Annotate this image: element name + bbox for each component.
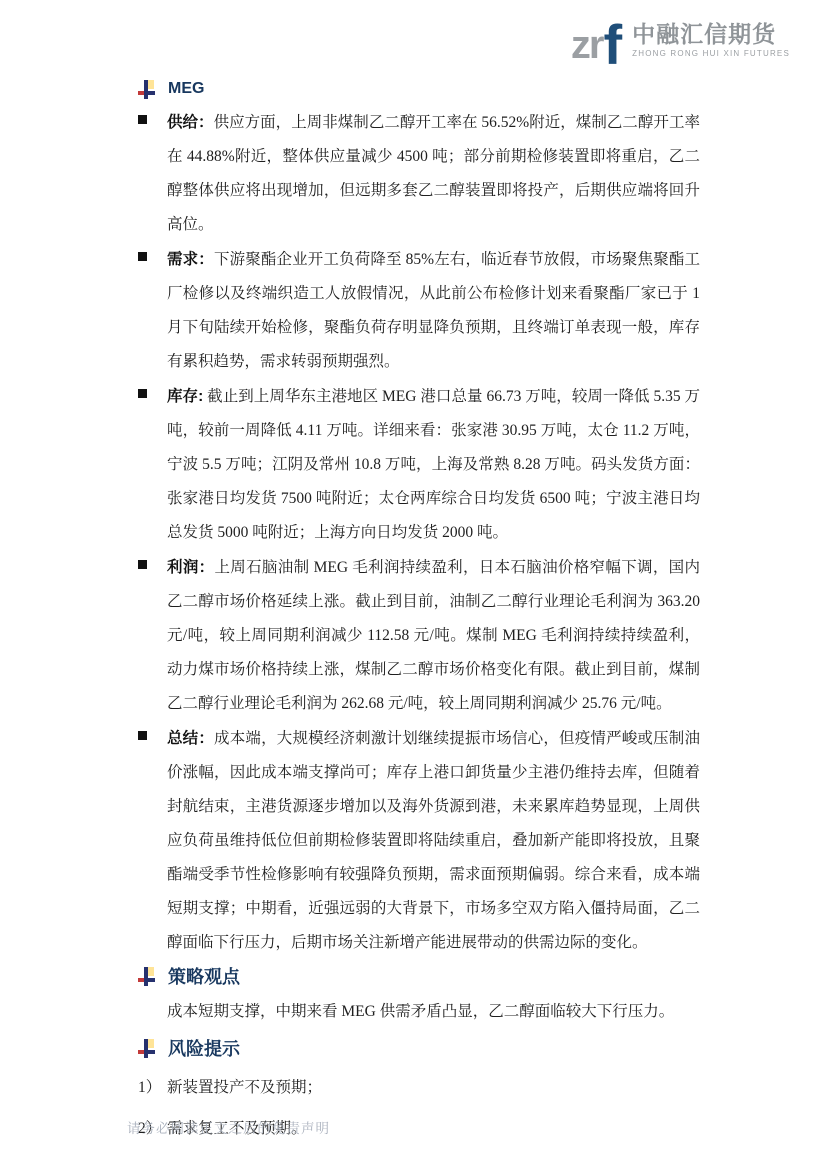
- bullet-inventory-text: 截止到上周华东主港地区 MEG 港口总量 66.73 万吨，较周一降低 5.35…: [167, 388, 700, 541]
- bullet-summary: 总结：成本端，大规模经济刺激计划继续提振市场信心，但疫情严峻或压制油价涨幅，因此…: [138, 722, 700, 960]
- bullet-summary-label: 总结：: [167, 730, 214, 747]
- logo-f-text: f: [603, 23, 622, 68]
- square-bullet-icon: [138, 551, 167, 721]
- bullet-summary-text: 成本端，大规模经济刺激计划继续提振市场信心，但疫情严峻或压制油价涨幅，因此成本端…: [167, 730, 700, 951]
- footer-disclaimer: 请务必阅读正文之后的免责声明: [127, 1117, 330, 1137]
- bullet-demand-text: 下游聚酯企业开工负荷降至 85%左右，临近春节放假，市场聚焦聚酯工厂检修以及终端…: [167, 251, 700, 370]
- logo-zr-text: zr: [571, 29, 603, 61]
- risk-item-1-text: 新装置投产不及预期；: [167, 1071, 700, 1105]
- risk-title: 风险提示: [168, 1035, 240, 1061]
- report-page: { "logo": { "abbr_zr": "zr", "abbr_f": "…: [0, 0, 826, 1169]
- risk-item-1-number: 1）: [138, 1071, 167, 1105]
- square-bullet-icon: [138, 106, 167, 242]
- section-heading-risk: 风险提示: [138, 1033, 700, 1063]
- logo-names: 中融汇信期货 ZHONG RONG HUI XIN FUTURES: [632, 22, 790, 61]
- company-logo: zrf 中融汇信期货 ZHONG RONG HUI XIN FUTURES: [571, 16, 790, 61]
- square-bullet-icon: [138, 243, 167, 379]
- bullet-demand: 需求：下游聚酯企业开工负荷降至 85%左右，临近春节放假，市场聚焦聚酯工厂检修以…: [138, 243, 700, 379]
- bullet-inventory-label: 库存:: [167, 388, 203, 405]
- risk-item-1: 1） 新装置投产不及预期；: [138, 1071, 700, 1105]
- company-name-cn: 中融汇信期货: [632, 22, 790, 47]
- bullet-profit-label: 利润：: [167, 559, 214, 576]
- section-heading-meg: MEG: [138, 76, 700, 102]
- square-bullet-icon: [138, 722, 167, 960]
- report-body: MEG 供给：供应方面，上周非煤制乙二醇开工率在 56.52%附近，煤制乙二醇开…: [138, 76, 700, 1153]
- bullet-profit: 利润：上周石脑油制 MEG 毛利润持续盈利，日本石脑油价格窄幅下调，国内乙二醇市…: [138, 551, 700, 721]
- summary-bullet-list: 供给：供应方面，上周非煤制乙二醇开工率在 56.52%附近，煤制乙二醇开工率在 …: [138, 106, 700, 960]
- strategy-title: 策略观点: [168, 963, 240, 989]
- company-name-en: ZHONG RONG HUI XIN FUTURES: [632, 49, 790, 58]
- square-bullet-icon: [138, 380, 167, 550]
- bullet-demand-label: 需求：: [167, 251, 214, 268]
- bullet-summary-paragraph: 总结：成本端，大规模经济刺激计划继续提振市场信心，但疫情严峻或压制油价涨幅，因此…: [167, 722, 700, 960]
- bullet-inventory-paragraph: 库存: 截止到上周华东主港地区 MEG 港口总量 66.73 万吨，较周一降低 …: [167, 380, 700, 550]
- bullet-supply-paragraph: 供给：供应方面，上周非煤制乙二醇开工率在 56.52%附近，煤制乙二醇开工率在 …: [167, 106, 700, 242]
- bullet-inventory: 库存: 截止到上周华东主港地区 MEG 港口总量 66.73 万吨，较周一降低 …: [138, 380, 700, 550]
- section-heading-strategy: 策略观点: [138, 961, 700, 991]
- logo-abbr: zrf: [571, 16, 622, 61]
- bullet-profit-text: 上周石脑油制 MEG 毛利润持续盈利，日本石脑油价格窄幅下调，国内乙二醇市场价格…: [167, 559, 700, 712]
- strategy-paragraph: 成本短期支撑，中期来看 MEG 供需矛盾凸显，乙二醇面临较大下行压力。: [167, 995, 700, 1029]
- bullet-demand-paragraph: 需求：下游聚酯企业开工负荷降至 85%左右，临近春节放假，市场聚焦聚酯工厂检修以…: [167, 243, 700, 379]
- bullet-supply-label: 供给：: [167, 114, 214, 131]
- bullet-supply: 供给：供应方面，上周非煤制乙二醇开工率在 56.52%附近，煤制乙二醇开工率在 …: [138, 106, 700, 242]
- flag-bullet-icon: [138, 967, 155, 986]
- bullet-profit-paragraph: 利润：上周石脑油制 MEG 毛利润持续盈利，日本石脑油价格窄幅下调，国内乙二醇市…: [167, 551, 700, 721]
- bullet-supply-text: 供应方面，上周非煤制乙二醇开工率在 56.52%附近，煤制乙二醇开工率在 44.…: [167, 114, 700, 233]
- flag-bullet-icon: [138, 1039, 155, 1058]
- section-title: MEG: [168, 80, 204, 98]
- flag-bullet-icon: [138, 80, 155, 99]
